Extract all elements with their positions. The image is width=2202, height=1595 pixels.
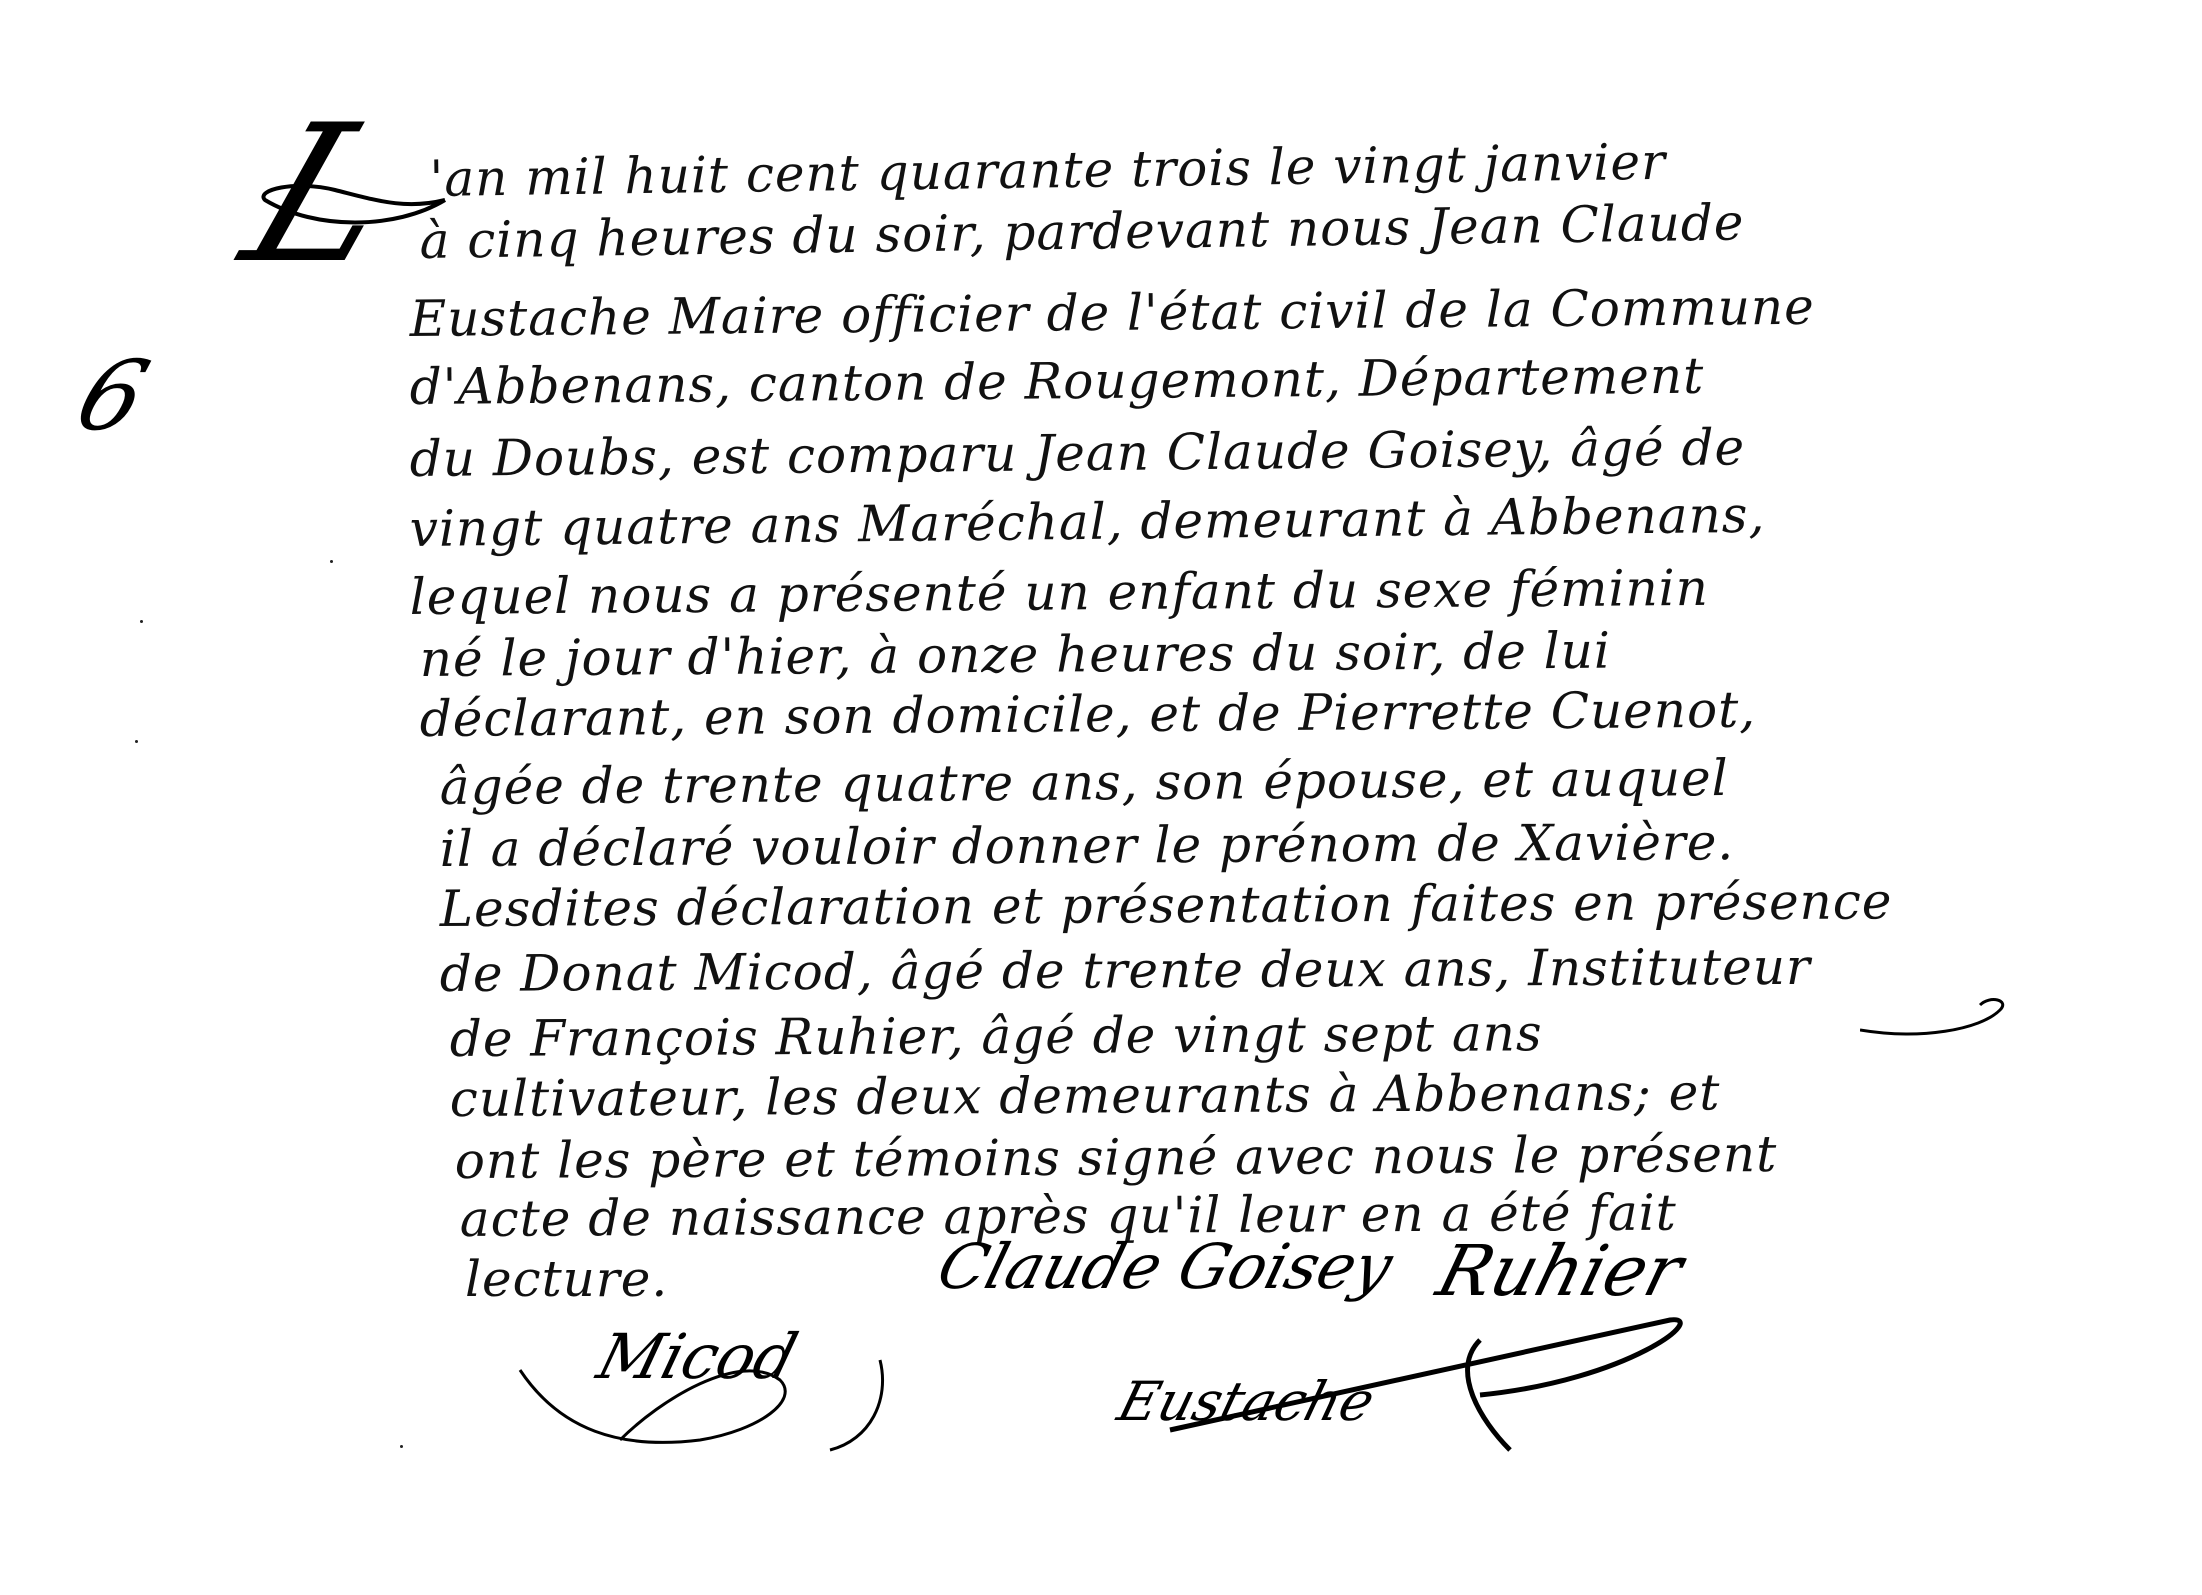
record-line-11: il a déclaré vouloir donner le prénom de… xyxy=(440,813,1735,878)
signature-flourish-icon xyxy=(1150,1300,1710,1460)
margin-entry-number: 6 xyxy=(64,340,161,452)
document-page: 6 L 'an mil huit cent quarante trois le … xyxy=(0,0,2202,1595)
record-line-15: cultivateur, les deux demeurants à Abben… xyxy=(450,1063,1721,1128)
record-line-5: du Doubs, est comparu Jean Claude Goisey… xyxy=(409,418,1745,488)
record-line-16: ont les père et témoins signé avec nous … xyxy=(455,1125,1778,1190)
micod-flourish-icon xyxy=(500,1340,920,1460)
ink-speck xyxy=(330,560,333,563)
record-line-9: déclarant, en son domicile, et de Pierre… xyxy=(420,681,1757,748)
record-line-12: Lesdites déclaration et présentation fai… xyxy=(440,872,1893,938)
record-line-7: lequel nous a présenté un enfant du sexe… xyxy=(410,559,1709,626)
record-line-4: d'Abbenans, canton de Rougemont, Départe… xyxy=(409,347,1704,416)
line-end-flourish-icon xyxy=(1860,990,2020,1050)
record-line-10: âgée de trente quatre ans, son épouse, e… xyxy=(440,749,1729,816)
ink-speck xyxy=(135,740,138,743)
ink-speck xyxy=(140,620,143,623)
record-line-8: né le jour d'hier, à onze heures du soir… xyxy=(420,622,1611,688)
record-line-18: lecture. xyxy=(465,1250,668,1308)
record-line-14: de François Ruhier, âgé de vingt sept an… xyxy=(450,1004,1543,1068)
record-line-13: de Donat Micod, âgé de trente deux ans, … xyxy=(440,938,1811,1003)
record-line-6: vingt quatre ans Maréchal, demeurant à A… xyxy=(409,486,1765,558)
record-line-3: Eustache Maire officier de l'état civil … xyxy=(409,278,1814,348)
signature-father: Claude Goisey xyxy=(930,1230,1400,1303)
ink-speck xyxy=(400,1445,403,1448)
